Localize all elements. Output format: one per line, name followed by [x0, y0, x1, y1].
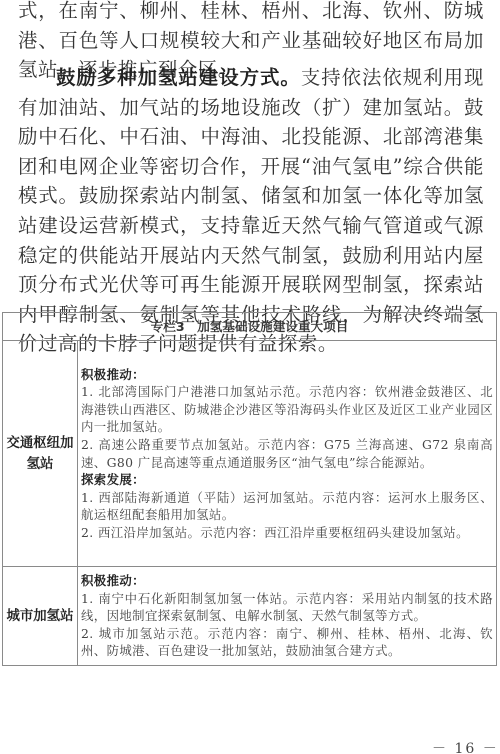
list-item: 2. 城市加氢站示范。示范内容：南宁、柳州、桂林、梧州、北海、钦州、防城港、百色… [81, 625, 493, 660]
list-item: 1. 西部陆海新通道（平陆）运河加氢站。示范内容：运河水上服务区、航运枢纽配套船… [81, 489, 493, 524]
list-item: 2. 高速公路重要节点加氢站。示范内容：G75 兰海高速、G72 泉南高速、G8… [81, 436, 493, 471]
list-item: 2. 西江沿岸加氢站。示范内容：西江沿岸重要枢纽码头建设加氢站。 [81, 524, 493, 542]
list-item: 1. 南宁中石化新阳制氢加氢一体站。示范内容：采用站内制氢的技术路线，因地制宜探… [81, 590, 493, 625]
section-heading: 探索发展： [81, 471, 493, 489]
table-row: 交通枢纽加氢站 积极推动： 1. 北部湾国际门户港港口加氢站示范。示范内容：钦州… [3, 341, 497, 567]
content-cell: 积极推动： 1. 南宁中石化新阳制氢加氢一体站。示范内容：采用站内制氢的技术路线… [78, 567, 497, 666]
content-cell: 积极推动： 1. 北部湾国际门户港港口加氢站示范。示范内容：钦州港金鼓港区、北海… [78, 341, 497, 567]
paragraph-lead-heading: 鼓励多种加氢站建设方式。 [56, 66, 301, 89]
table-row: 城市加氢站 积极推动： 1. 南宁中石化新阳制氢加氢一体站。示范内容：采用站内制… [3, 567, 497, 666]
column-box-title-row: 专栏3 加氢基础设施建设重大项目 [3, 313, 497, 341]
section-heading: 积极推动： [81, 366, 493, 384]
page-number: － 16 － [432, 738, 499, 754]
list-item: 1. 北部湾国际门户港港口加氢站示范。示范内容：钦州港金鼓港区、北海港铁山西港区… [81, 383, 493, 436]
column-box-title: 专栏3 加氢基础设施建设重大项目 [3, 313, 497, 341]
column-box-table: 专栏3 加氢基础设施建设重大项目 交通枢纽加氢站 积极推动： 1. 北部湾国际门… [2, 312, 497, 666]
section-heading: 积极推动： [81, 572, 493, 590]
category-cell: 城市加氢站 [3, 567, 78, 666]
document-page: 式，在南宁、柳州、桂林、梧州、北海、钦州、防城港、百色等人口规模较大和产业基础较… [0, 0, 500, 754]
category-cell: 交通枢纽加氢站 [3, 341, 78, 567]
